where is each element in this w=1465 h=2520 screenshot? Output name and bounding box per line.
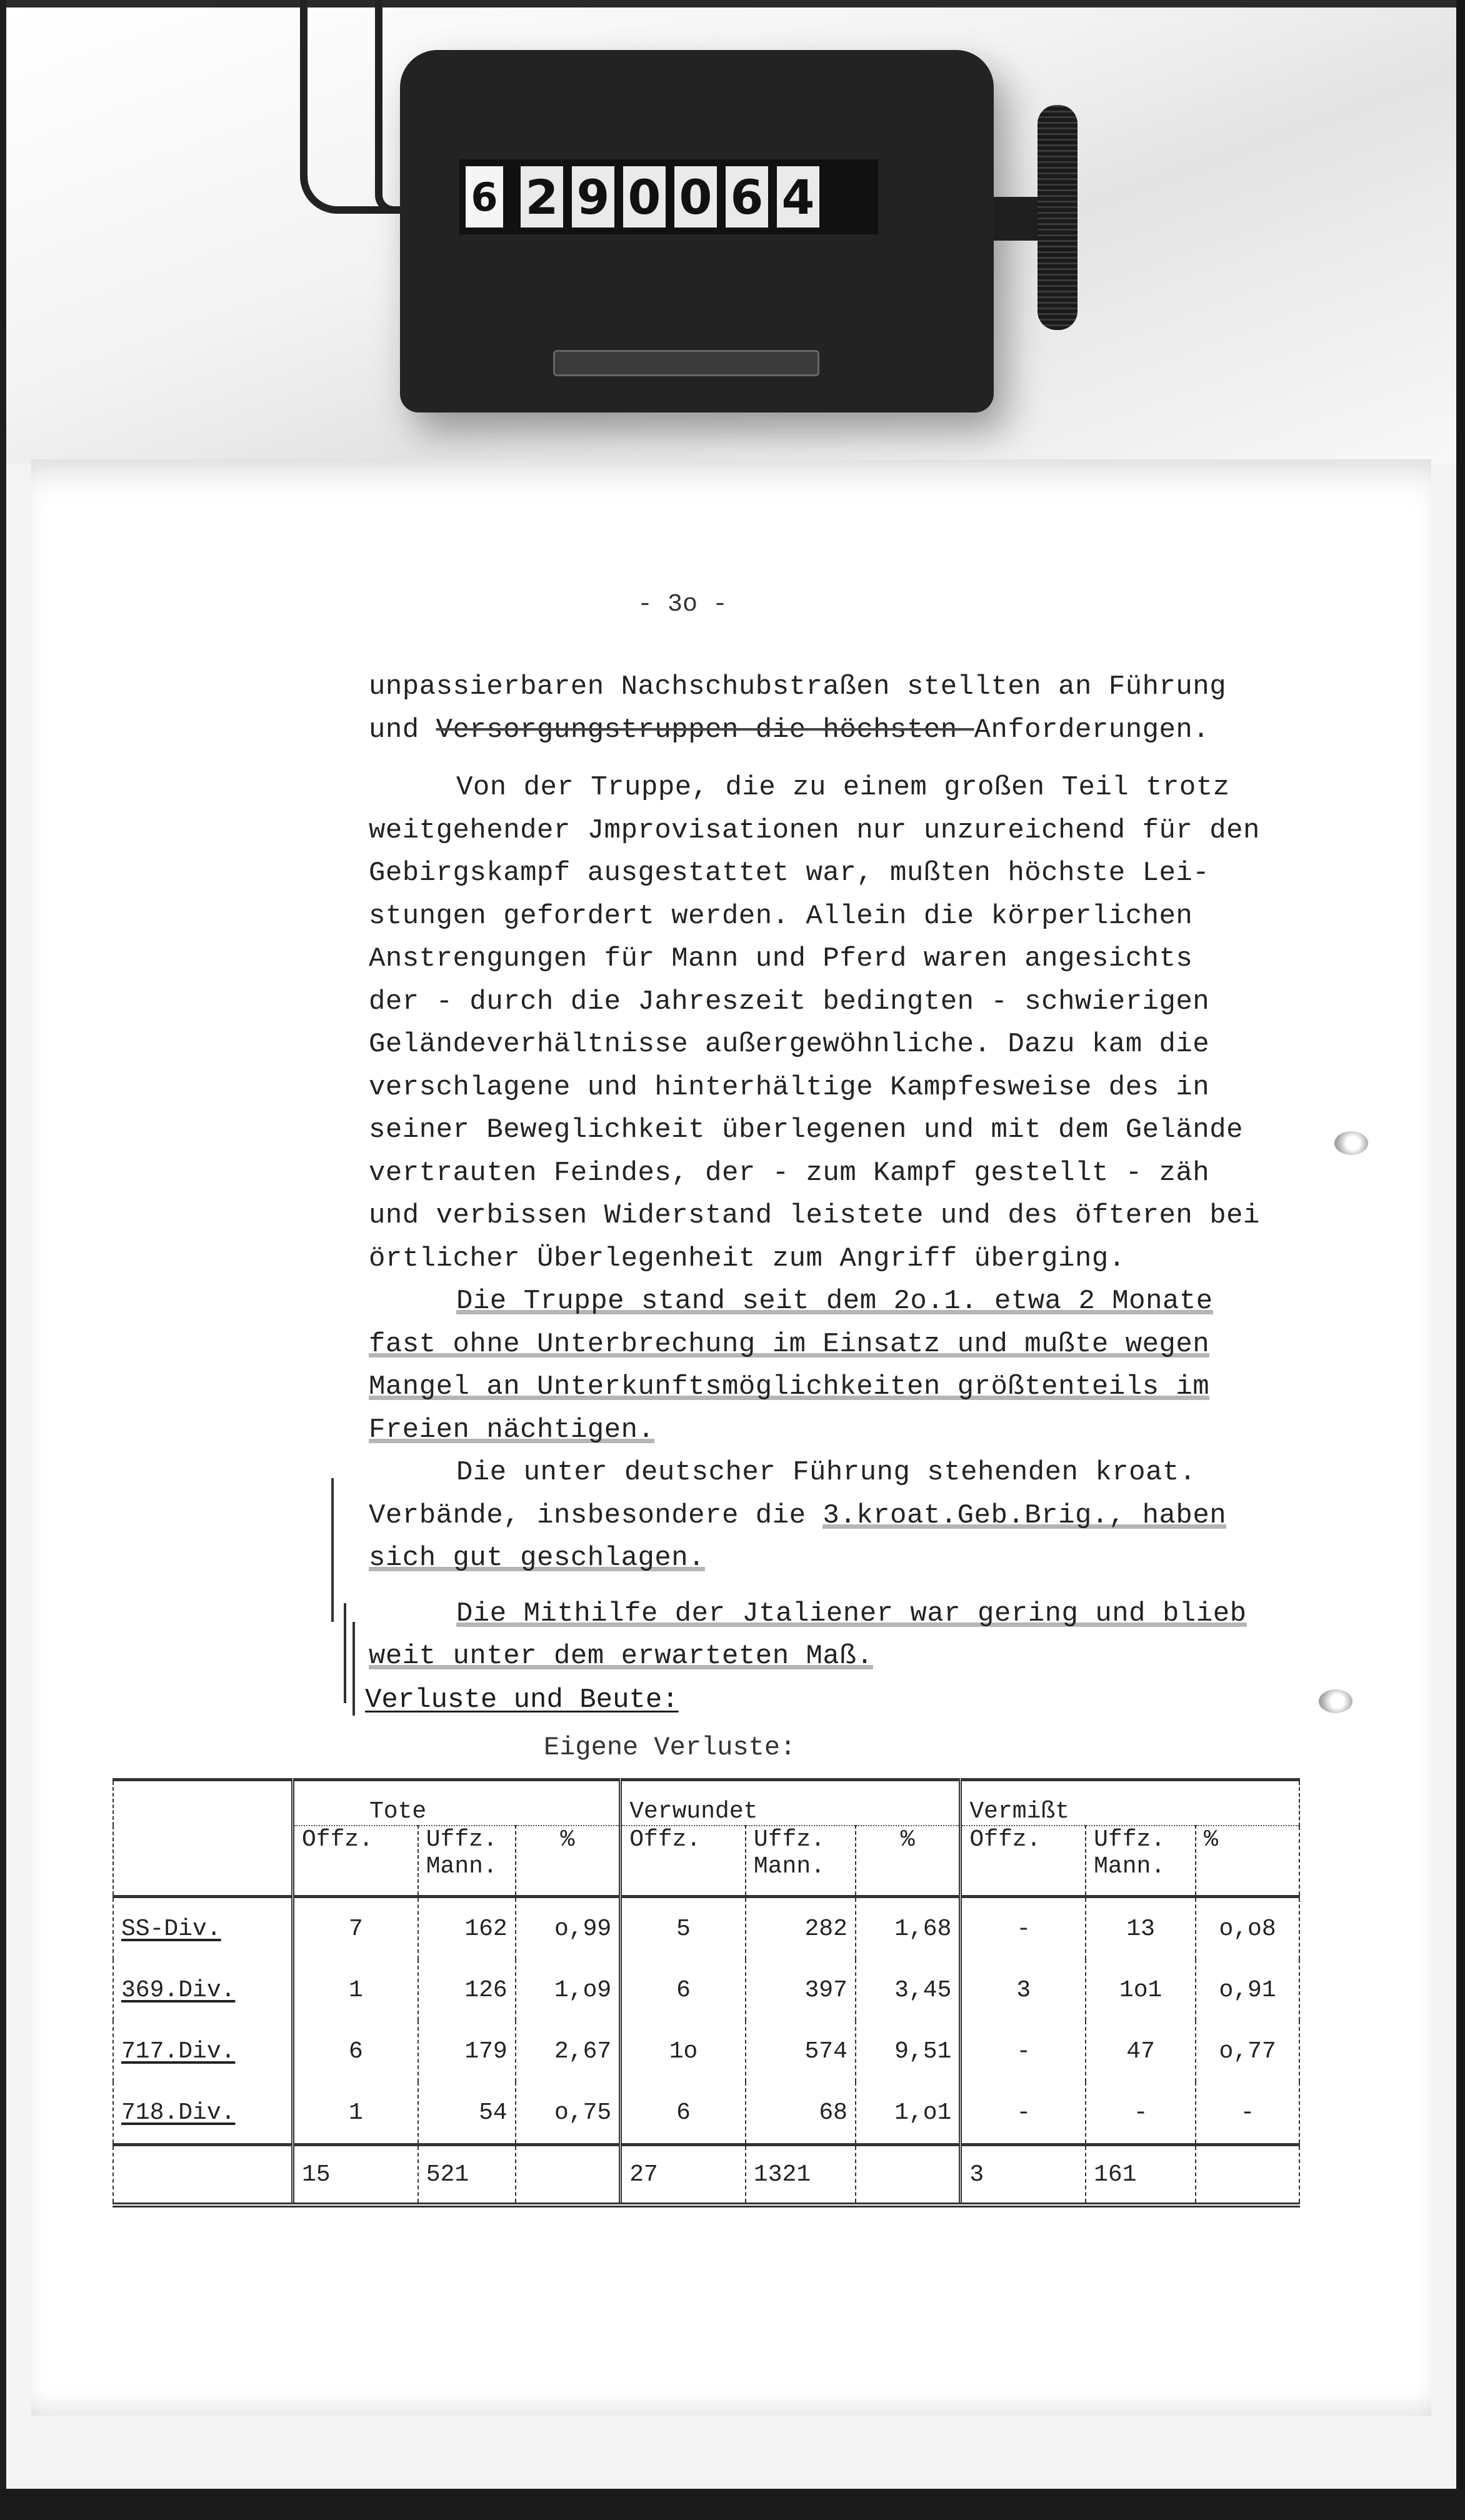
text-line: Freien nächtigen.	[369, 1409, 1344, 1452]
group-header-verwundet: Verwundet	[621, 1780, 961, 1826]
film-frame-bottom	[0, 2489, 1465, 2520]
text-line: Gebirgskampf ausgestattet war, mußten hö…	[369, 852, 1344, 895]
text-line: stungen gefordert werden. Allein die kör…	[369, 895, 1344, 938]
cell: -	[1196, 2082, 1299, 2145]
cell: o,75	[516, 2082, 621, 2145]
cell: 6	[621, 1959, 746, 2021]
table-row: 717.Div. 6 179 2,67 1o 574 9,51 - 47 o,7…	[113, 2021, 1299, 2082]
text-line: weitgehender Jmprovisationen nur unzurei…	[369, 809, 1344, 852]
punch-hole-icon	[1334, 1131, 1368, 1155]
text-fragment: und	[369, 714, 436, 746]
cell: 68	[746, 2082, 856, 2145]
cell: o,99	[516, 1897, 621, 1960]
cell: 1,68	[856, 1897, 961, 1960]
col-pct: %	[1196, 1826, 1299, 1897]
cell: 126	[418, 1959, 516, 2021]
table-group-header: Tote Verwundet Vermißt	[113, 1780, 1299, 1826]
film-frame-right	[1456, 0, 1465, 2520]
group-header-vermisst: Vermißt	[961, 1780, 1299, 1826]
text-line: Von der Truppe, die zu einem großen Teil…	[369, 766, 1344, 809]
cell: -	[961, 2082, 1086, 2145]
paragraph-3: Die unter deutscher Führung stehenden kr…	[369, 1451, 1344, 1580]
cell: 162	[418, 1897, 516, 1960]
text-line: verschlagene und hinterhältige Kampfeswe…	[369, 1066, 1344, 1109]
losses-table: Tote Verwundet Vermißt Offz. Uffz. Mann.…	[112, 1778, 1300, 2207]
counter-knob-axle	[994, 197, 1044, 241]
cell: 1,o9	[516, 1959, 621, 2021]
punch-hole-icon	[1319, 1689, 1352, 1713]
counter-digit: 9	[572, 166, 614, 227]
text-line: vertrauten Feindes, der - zum Kampf gest…	[369, 1152, 1344, 1195]
unit-label: 717.Div.	[113, 2021, 293, 2082]
text-line: Geländeverhältnisse außergewöhnliche. Da…	[369, 1023, 1344, 1066]
text-line: unpassierbaren Nachschubstraßen stellten…	[369, 666, 1344, 709]
paragraph-4: Die Mithilfe der Jtaliener war gering un…	[369, 1592, 1344, 1678]
cell: 397	[746, 1959, 856, 2021]
paragraph-1: Von der Truppe, die zu einem großen Teil…	[369, 766, 1344, 1280]
cell: 1,o1	[856, 2082, 961, 2145]
frame-counter-device: 6 2 9 0 0 6 4	[400, 50, 994, 412]
totals-label	[113, 2145, 293, 2206]
counter-digit: 4	[777, 166, 819, 227]
cell: 1o1	[1086, 1959, 1196, 2021]
cell: 1	[293, 2082, 418, 2145]
text-line: Anstrengungen für Mann und Pferd waren a…	[369, 937, 1344, 981]
table-row: 369.Div. 1 126 1,o9 6 397 3,45 3 1o1 o,9…	[113, 1959, 1299, 2021]
text-line: der - durch die Jahreszeit bedingten - s…	[369, 981, 1344, 1024]
highlighted-text: Mangel an Unterkunftsmöglichkeiten größt…	[369, 1371, 1209, 1402]
cell: 6	[621, 2082, 746, 2145]
text-line: Verbände, insbesondere die 3.kroat.Geb.B…	[369, 1494, 1344, 1537]
total-cell: 521	[418, 2145, 516, 2206]
page-number: - 3o -	[637, 591, 727, 619]
total-cell	[856, 2145, 961, 2206]
totals-row: 15 521 27 1321 3 161	[113, 2145, 1299, 2206]
total-cell: 15	[293, 2145, 418, 2206]
unit-label: 718.Div.	[113, 2082, 293, 2145]
text-line: weit unter dem erwarteten Maß.	[369, 1635, 1344, 1678]
highlighted-text: fast ohne Unterbrechung im Einsatz und m…	[369, 1329, 1209, 1360]
margin-mark	[352, 1622, 355, 1716]
total-cell: 161	[1086, 2145, 1196, 2206]
text-fragment: Anforderungen.	[974, 714, 1210, 746]
paragraph-2: Die Truppe stand seit dem 2o.1. etwa 2 M…	[369, 1280, 1344, 1451]
table-caption: Eigene Verluste:	[544, 1732, 796, 1762]
counter-slot	[553, 350, 819, 376]
cell: -	[961, 1897, 1086, 1960]
cell: 3	[961, 1959, 1086, 2021]
unit-header	[113, 1780, 293, 1897]
cell: 54	[418, 2082, 516, 2145]
unit-label: SS-Div.	[113, 1897, 293, 1960]
total-cell: 27	[621, 2145, 746, 2206]
cell: 1	[293, 1959, 418, 2021]
unit-label: 369.Div.	[113, 1959, 293, 2021]
cell: 2,67	[516, 2021, 621, 2082]
col-uffz: Uffz. Mann.	[418, 1826, 516, 1897]
cell: 3,45	[856, 1959, 961, 2021]
cell: -	[961, 2021, 1086, 2082]
table-row: SS-Div. 7 162 o,99 5 282 1,68 - 13 o,o8	[113, 1897, 1299, 1960]
cell: 574	[746, 2021, 856, 2082]
cell: 1o	[621, 2021, 746, 2082]
text-line: und verbissen Widerstand leistete und de…	[369, 1194, 1344, 1237]
text-line: örtlicher Überlegenheit zum Angriff über…	[369, 1237, 1344, 1281]
cell: o,o8	[1196, 1897, 1299, 1960]
col-offz: Offz.	[293, 1826, 418, 1897]
counter-digit: 6	[726, 166, 768, 227]
counter-digit: 6	[466, 166, 503, 227]
struck-text: Versorgungstruppen die höchsten	[436, 714, 974, 746]
cell: 6	[293, 2021, 418, 2082]
group-header-tote: Tote	[293, 1780, 621, 1826]
body-text: unpassierbaren Nachschubstraßen stellten…	[369, 666, 1344, 1678]
highlighted-text: 3.kroat.Geb.Brig., haben	[822, 1500, 1226, 1531]
counter-reset-knob-icon	[1037, 105, 1077, 330]
counter-digit: 0	[674, 166, 717, 227]
cell: 9,51	[856, 2021, 961, 2082]
col-uffz: Uffz. Mann.	[746, 1826, 856, 1897]
text-line: fast ohne Unterbrechung im Einsatz und m…	[369, 1323, 1344, 1366]
total-cell	[1196, 2145, 1299, 2206]
highlighted-text: sich gut geschlagen.	[369, 1542, 705, 1574]
total-cell: 3	[961, 2145, 1086, 2206]
cell: 5	[621, 1897, 746, 1960]
table-row: 718.Div. 1 54 o,75 6 68 1,o1 - - -	[113, 2082, 1299, 2145]
col-pct: %	[516, 1826, 621, 1897]
cell: 7	[293, 1897, 418, 1960]
highlighted-text: Freien nächtigen.	[369, 1414, 654, 1446]
text-line: Die Mithilfe der Jtaliener war gering un…	[369, 1592, 1344, 1636]
text-line: sich gut geschlagen.	[369, 1537, 1344, 1580]
col-offz: Offz.	[621, 1826, 746, 1897]
total-cell	[516, 2145, 621, 2206]
highlighted-text: Die Mithilfe der Jtaliener war gering un…	[456, 1598, 1247, 1629]
cell: 179	[418, 2021, 516, 2082]
document-page: - 3o - unpassierbaren Nachschubstraßen s…	[31, 459, 1431, 2416]
col-pct: %	[856, 1826, 961, 1897]
cell: o,91	[1196, 1959, 1299, 2021]
text-line: Mangel an Unterkunftsmöglichkeiten größt…	[369, 1366, 1344, 1409]
cell: -	[1086, 2082, 1196, 2145]
counter-digit: 0	[623, 166, 666, 227]
paragraph-0: unpassierbaren Nachschubstraßen stellten…	[369, 666, 1344, 751]
text-fragment: Verbände, insbesondere die	[369, 1500, 822, 1531]
margin-mark	[344, 1603, 346, 1703]
text-line: Die Truppe stand seit dem 2o.1. etwa 2 M…	[369, 1280, 1344, 1323]
col-uffz: Uffz. Mann.	[1086, 1826, 1196, 1897]
highlighted-text: weit unter dem erwarteten Maß.	[369, 1641, 873, 1672]
col-offz: Offz.	[961, 1826, 1086, 1897]
total-cell: 1321	[746, 2145, 856, 2206]
margin-mark	[331, 1478, 334, 1622]
cell: o,77	[1196, 2021, 1299, 2082]
counter-digit: 2	[521, 166, 563, 227]
cell: 13	[1086, 1897, 1196, 1960]
section-heading: Verluste und Beute:	[365, 1684, 679, 1716]
film-frame-left	[0, 0, 6, 2520]
text-line: Die unter deutscher Führung stehenden kr…	[369, 1451, 1344, 1494]
counter-display: 6 2 9 0 0 6 4	[459, 159, 878, 234]
text-line: und Versorgungstruppen die höchsten Anfo…	[369, 709, 1344, 752]
text-line: seiner Beweglichkeit überlegenen und mit…	[369, 1109, 1344, 1152]
film-frame-top	[0, 0, 1465, 7]
cell: 282	[746, 1897, 856, 1960]
cell: 47	[1086, 2021, 1196, 2082]
highlighted-text: Die Truppe stand seit dem 2o.1. etwa 2 M…	[456, 1286, 1213, 1317]
